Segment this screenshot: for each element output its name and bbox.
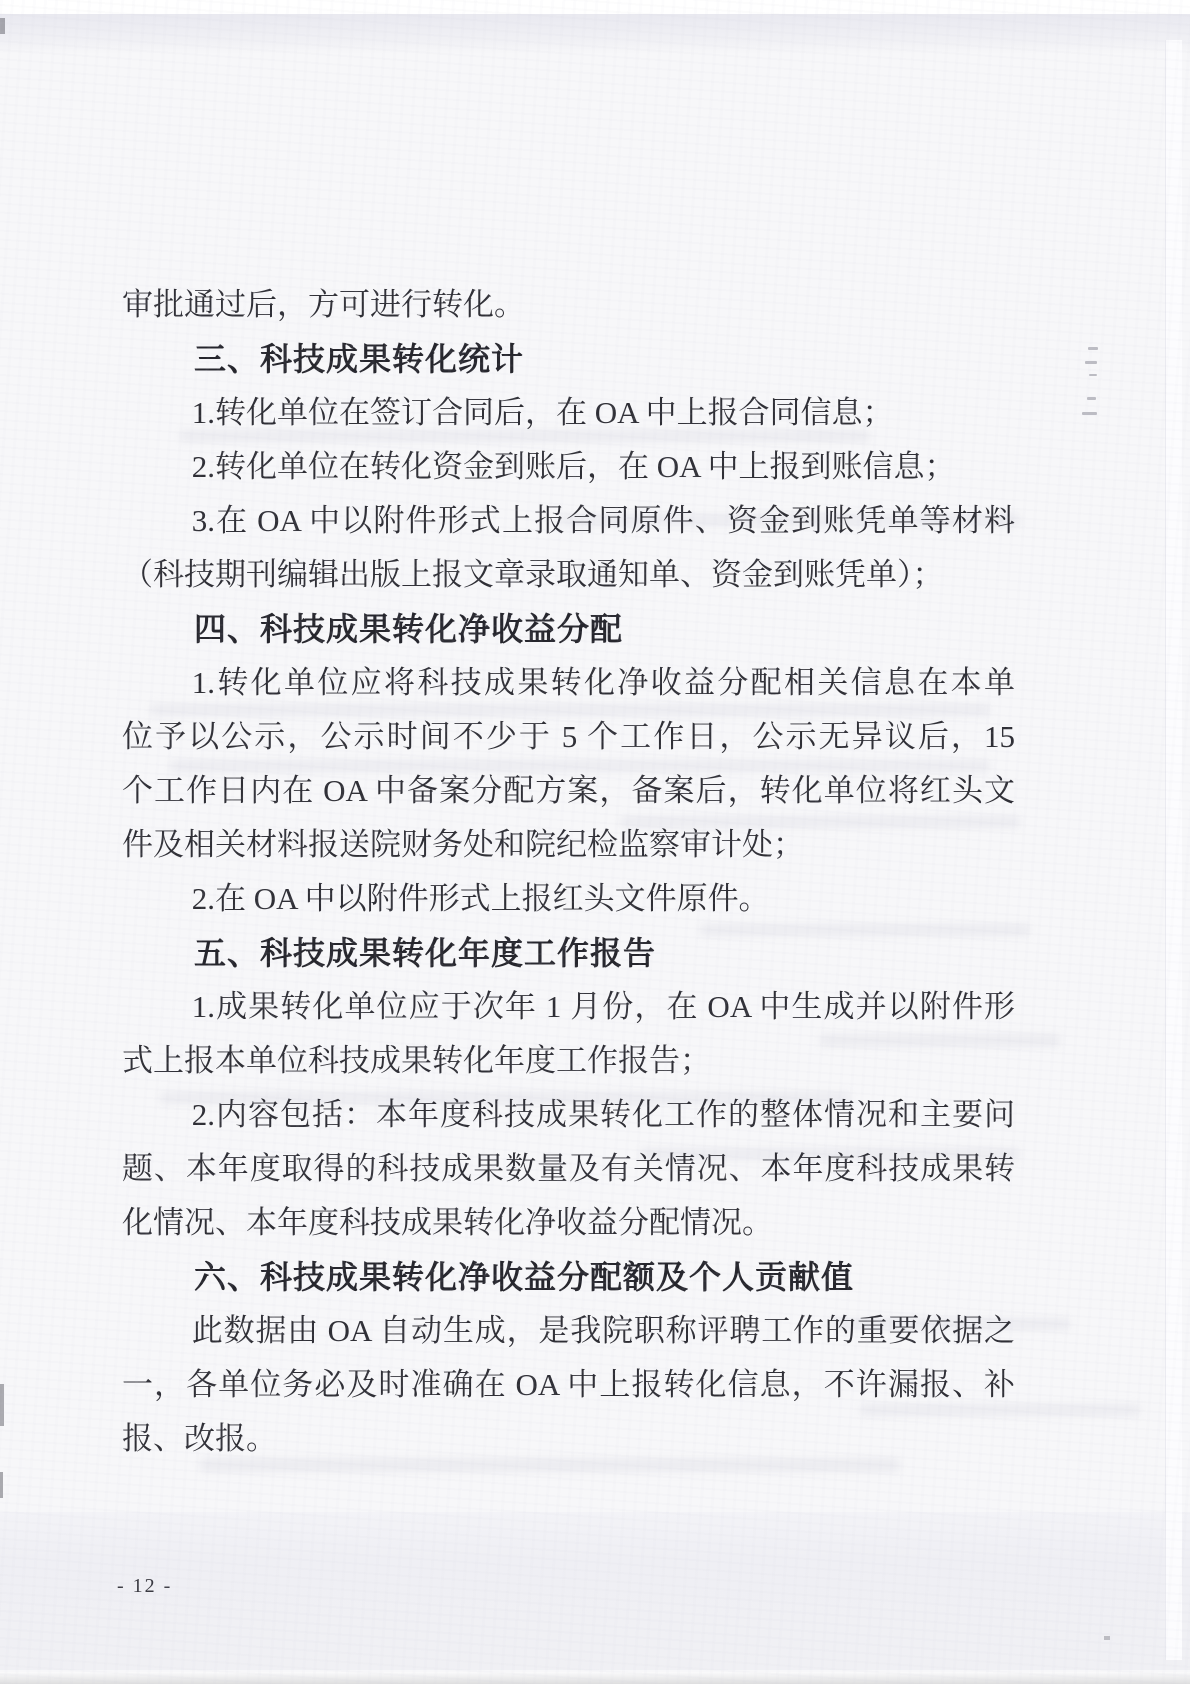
scan-edge-speck (1104, 1636, 1110, 1640)
scanned-document-page: 审批通过后，方可进行转化。三、科技成果转化统计1.转化单位在签订合同后，在 OA… (0, 0, 1190, 1684)
scan-top-band (0, 14, 1190, 54)
text-line: 3.在 OA 中以附件形式上报合同原件、资金到账凭单等材料 (122, 494, 1015, 548)
scan-dash-mark (1087, 397, 1096, 400)
text-line: 2.转化单位在转化资金到账后，在 OA 中上报到账信息； (122, 440, 1015, 494)
text-line: 位予以公示，公示时间不少于 5 个工作日，公示无异议后，15 (122, 710, 1015, 764)
text-line: 1.成果转化单位应于次年 1 月份，在 OA 中生成并以附件形 (122, 980, 1015, 1034)
section-heading: 四、科技成果转化净收益分配 (122, 602, 1015, 656)
text-line: 件及相关材料报送院财务处和院纪检监察审计处； (122, 818, 1015, 872)
text-line: 化情况、本年度科技成果转化净收益分配情况。 (122, 1196, 1015, 1250)
scan-right-edge-strip (1166, 40, 1182, 1660)
text-line: 2.在 OA 中以附件形式上报红头文件原件。 (122, 872, 1015, 926)
document-body: 审批通过后，方可进行转化。三、科技成果转化统计1.转化单位在签订合同后，在 OA… (122, 278, 1015, 1466)
text-line: 题、本年度取得的科技成果数量及有关情况、本年度科技成果转 (122, 1142, 1015, 1196)
text-line: 2.内容包括：本年度科技成果转化工作的整体情况和主要问 (122, 1088, 1015, 1142)
scan-dash-mark (1085, 361, 1097, 364)
text-line: 报、改报。 (122, 1412, 1015, 1466)
text-line: 式上报本单位科技成果转化年度工作报告； (122, 1034, 1015, 1088)
scan-dash-mark (1088, 347, 1098, 350)
section-heading: 六、科技成果转化净收益分配额及个人贡献值 (122, 1250, 1015, 1304)
scan-edge-speck (0, 1472, 3, 1498)
page-number: - 12 - (117, 1575, 172, 1598)
text-line: 1.转化单位应将科技成果转化净收益分配相关信息在本单 (122, 656, 1015, 710)
text-line: 审批通过后，方可进行转化。 (122, 278, 1015, 332)
text-line: 1.转化单位在签订合同后，在 OA 中上报合同信息； (122, 386, 1015, 440)
scan-edge-speck (0, 18, 5, 34)
section-heading: 三、科技成果转化统计 (122, 332, 1015, 386)
section-heading: 五、科技成果转化年度工作报告 (122, 926, 1015, 980)
scan-top-white-strip (0, 0, 1190, 14)
scan-edge-speck (0, 1384, 4, 1426)
text-line: 一，各单位务必及时准确在 OA 中上报转化信息，不许漏报、补 (122, 1358, 1015, 1412)
scan-dash-mark (1082, 412, 1097, 415)
scan-bottom-band (0, 1512, 1190, 1670)
text-line: （科技期刊编辑出版上报文章录取通知单、资金到账凭单）； (122, 548, 1015, 602)
text-line: 此数据由 OA 自动生成，是我院职称评聘工作的重要依据之 (122, 1304, 1015, 1358)
scan-bottom-edge (0, 1672, 1190, 1684)
text-line: 个工作日内在 OA 中备案分配方案，备案后，转化单位将红头文 (122, 764, 1015, 818)
scan-dash-mark (1089, 374, 1097, 376)
